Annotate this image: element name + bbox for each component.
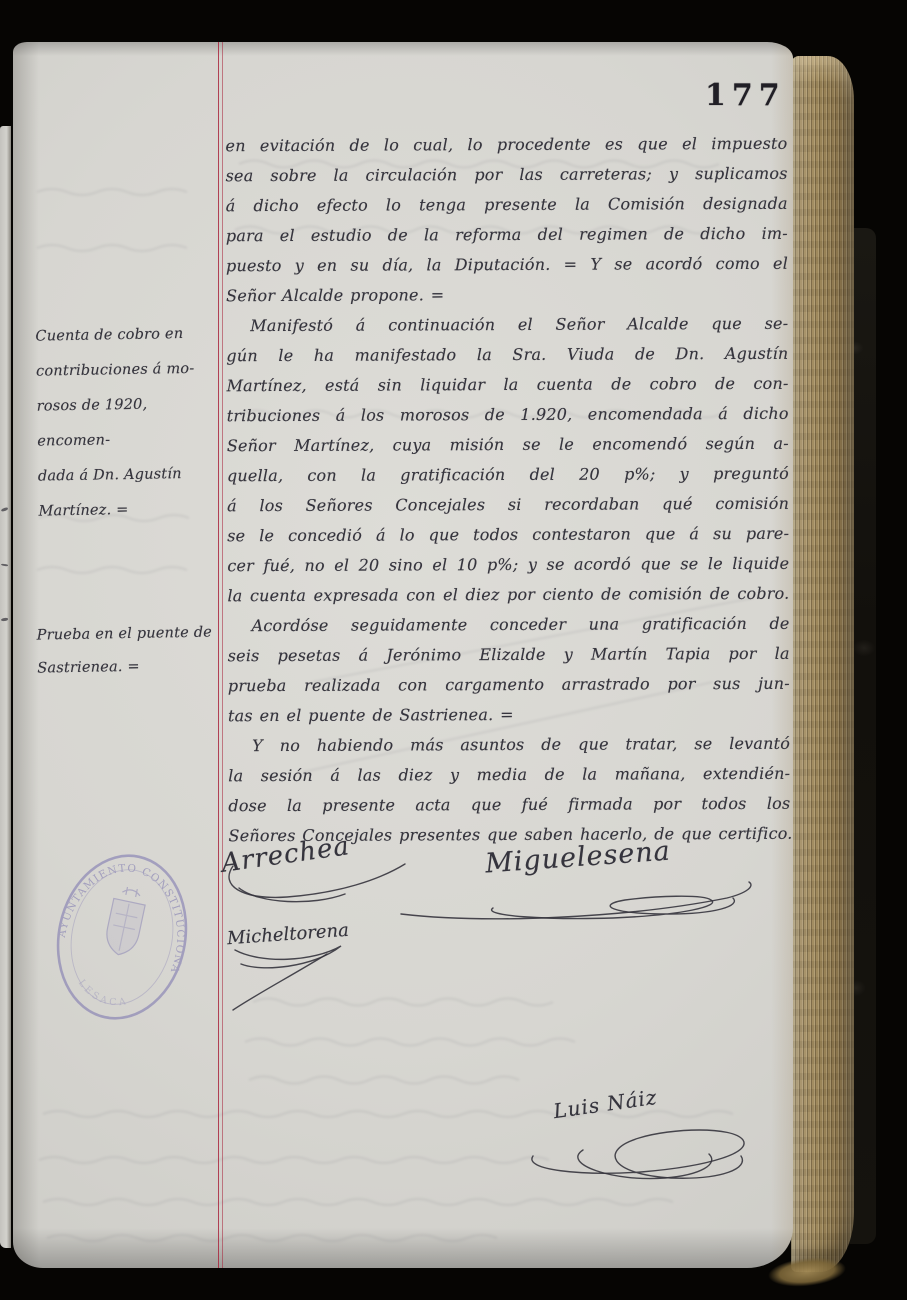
book-fore-edge — [791, 56, 854, 1272]
manuscript-page: 177 Cuenta de cobro en contribuciones á … — [13, 42, 793, 1268]
text-line: la sesión á las diez y media de la mañan… — [228, 759, 790, 791]
text-line: Señor Alcalde propone. = — [226, 279, 788, 311]
text-line: dose la presente acta que fué firmada po… — [228, 789, 790, 821]
margin-note-line: rosos de 1920, encomen- — [36, 386, 219, 459]
signature-miguelesena: Miguelesena — [485, 842, 671, 873]
previous-page-edge — [0, 126, 11, 1248]
margin-note-line: Martínez. = — [38, 491, 221, 529]
signature-micheltorena: Micheltorena — [227, 924, 349, 945]
margin-note-line: contribuciones á mo- — [36, 351, 219, 389]
text-line: gún le ha manifestado la Sra. Viuda de D… — [226, 339, 788, 371]
signature-flourish — [397, 874, 757, 924]
page-number: 177 — [705, 78, 786, 113]
margin-note-line: Sastrienea. = — [37, 649, 220, 685]
text-line: cer fué, no el 20 sino el 10 p%; y se ac… — [227, 549, 789, 581]
text-line: puesto y en su día, la Diputación. = Y s… — [226, 249, 788, 281]
text-line: tribuciones á los morosos de 1.920, enco… — [227, 399, 789, 431]
margin-note-line: Prueba en el puente de — [36, 616, 219, 652]
text-line: Señor Martínez, cuya misión se le encome… — [227, 429, 789, 461]
text-line: prueba realizada con cargamento arrastra… — [228, 669, 790, 701]
text-line: sea sobre la circulación por las carrete… — [226, 159, 788, 191]
margin-note-line: Cuenta de cobro en — [35, 316, 218, 354]
text-line: para el estudio de la reforma del regime… — [226, 219, 788, 251]
signature-name: Miguelesena — [484, 836, 672, 880]
text-line: la cuenta expresada con el diez por cien… — [227, 579, 789, 611]
signature-flourish — [217, 860, 412, 916]
signature-flourish — [227, 940, 357, 1020]
stamp-coat-of-arms — [103, 885, 148, 958]
text-line: tas en el puente de Sastrienea. = — [228, 699, 790, 731]
text-line: á dicho efecto lo tenga presente la Comi… — [226, 189, 788, 221]
margin-note-line: dada á Dn. Agustín — [38, 456, 221, 494]
prev-page-ink-mark — [1, 507, 9, 512]
municipal-stamp: AYUNTAMIENTO CONSTITUCIONAL LESACA — [33, 843, 211, 1031]
signature-arrechea: Arrechea — [221, 840, 350, 870]
text-line: á los Señores Concejales si recordaban q… — [227, 489, 789, 521]
signature-flourish — [519, 1116, 759, 1200]
text-line: Y no habiendo más asuntos de que tratar,… — [228, 729, 790, 761]
text-line: Acordóse seguidamente conceder una grati… — [228, 609, 790, 641]
text-line: seis pesetas á Jerónimo Elizalde y Martí… — [228, 639, 790, 671]
text-line: se le concedió á lo que todos contestaro… — [227, 519, 789, 551]
margin-note-cuenta-cobro: Cuenta de cobro en contribuciones á mo- … — [35, 316, 221, 529]
text-line: Martínez, está sin liquidar la cuenta de… — [226, 369, 788, 401]
fore-edge-corner — [767, 1254, 847, 1290]
prev-page-ink-mark — [1, 618, 8, 622]
body-text: en evitación de lo cual, lo procedente e… — [225, 129, 790, 851]
text-line: en evitación de lo cual, lo procedente e… — [225, 129, 787, 161]
margin-note-prueba-puente: Prueba en el puente de Sastrienea. = — [36, 616, 219, 685]
prev-page-ink-mark — [1, 563, 8, 566]
text-line: quella, con la gratificación del 20 p%; … — [227, 459, 789, 491]
text-line: Manifestó á continuación el Señor Alcald… — [226, 309, 788, 341]
signature-luis-naiz: Luis Náiz — [553, 1092, 658, 1116]
